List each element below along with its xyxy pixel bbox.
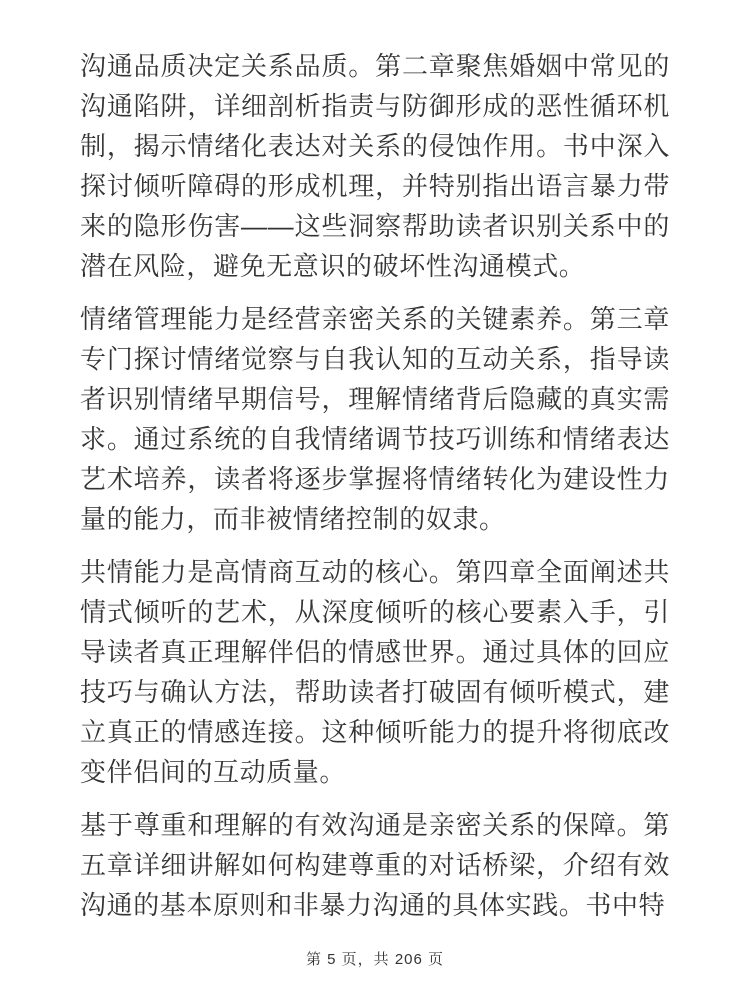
body-paragraph: 共情能力是高情商互动的核心。第四章全面阐述共情式倾听的艺术，从深度倾听的核心要素… xyxy=(80,552,670,792)
page-number-indicator: 第 5 页，共 206 页 xyxy=(0,948,750,969)
ebook-page: 沟通品质决定关系品质。第二章聚焦婚姻中常见的沟通陷阱，详细剖析指责与防御形成的恶… xyxy=(0,0,750,1000)
body-paragraph: 沟通品质决定关系品质。第二章聚焦婚姻中常见的沟通陷阱，详细剖析指责与防御形成的恶… xyxy=(80,46,670,286)
body-paragraph: 基于尊重和理解的有效沟通是亲密关系的保障。第五章详细讲解如何构建尊重的对话桥梁，… xyxy=(80,805,670,925)
page-content: 沟通品质决定关系品质。第二章聚焦婚姻中常见的沟通陷阱，详细剖析指责与防御形成的恶… xyxy=(80,46,670,938)
body-paragraph: 情绪管理能力是经营亲密关系的关键素养。第三章专门探讨情绪觉察与自我认知的互动关系… xyxy=(80,299,670,539)
